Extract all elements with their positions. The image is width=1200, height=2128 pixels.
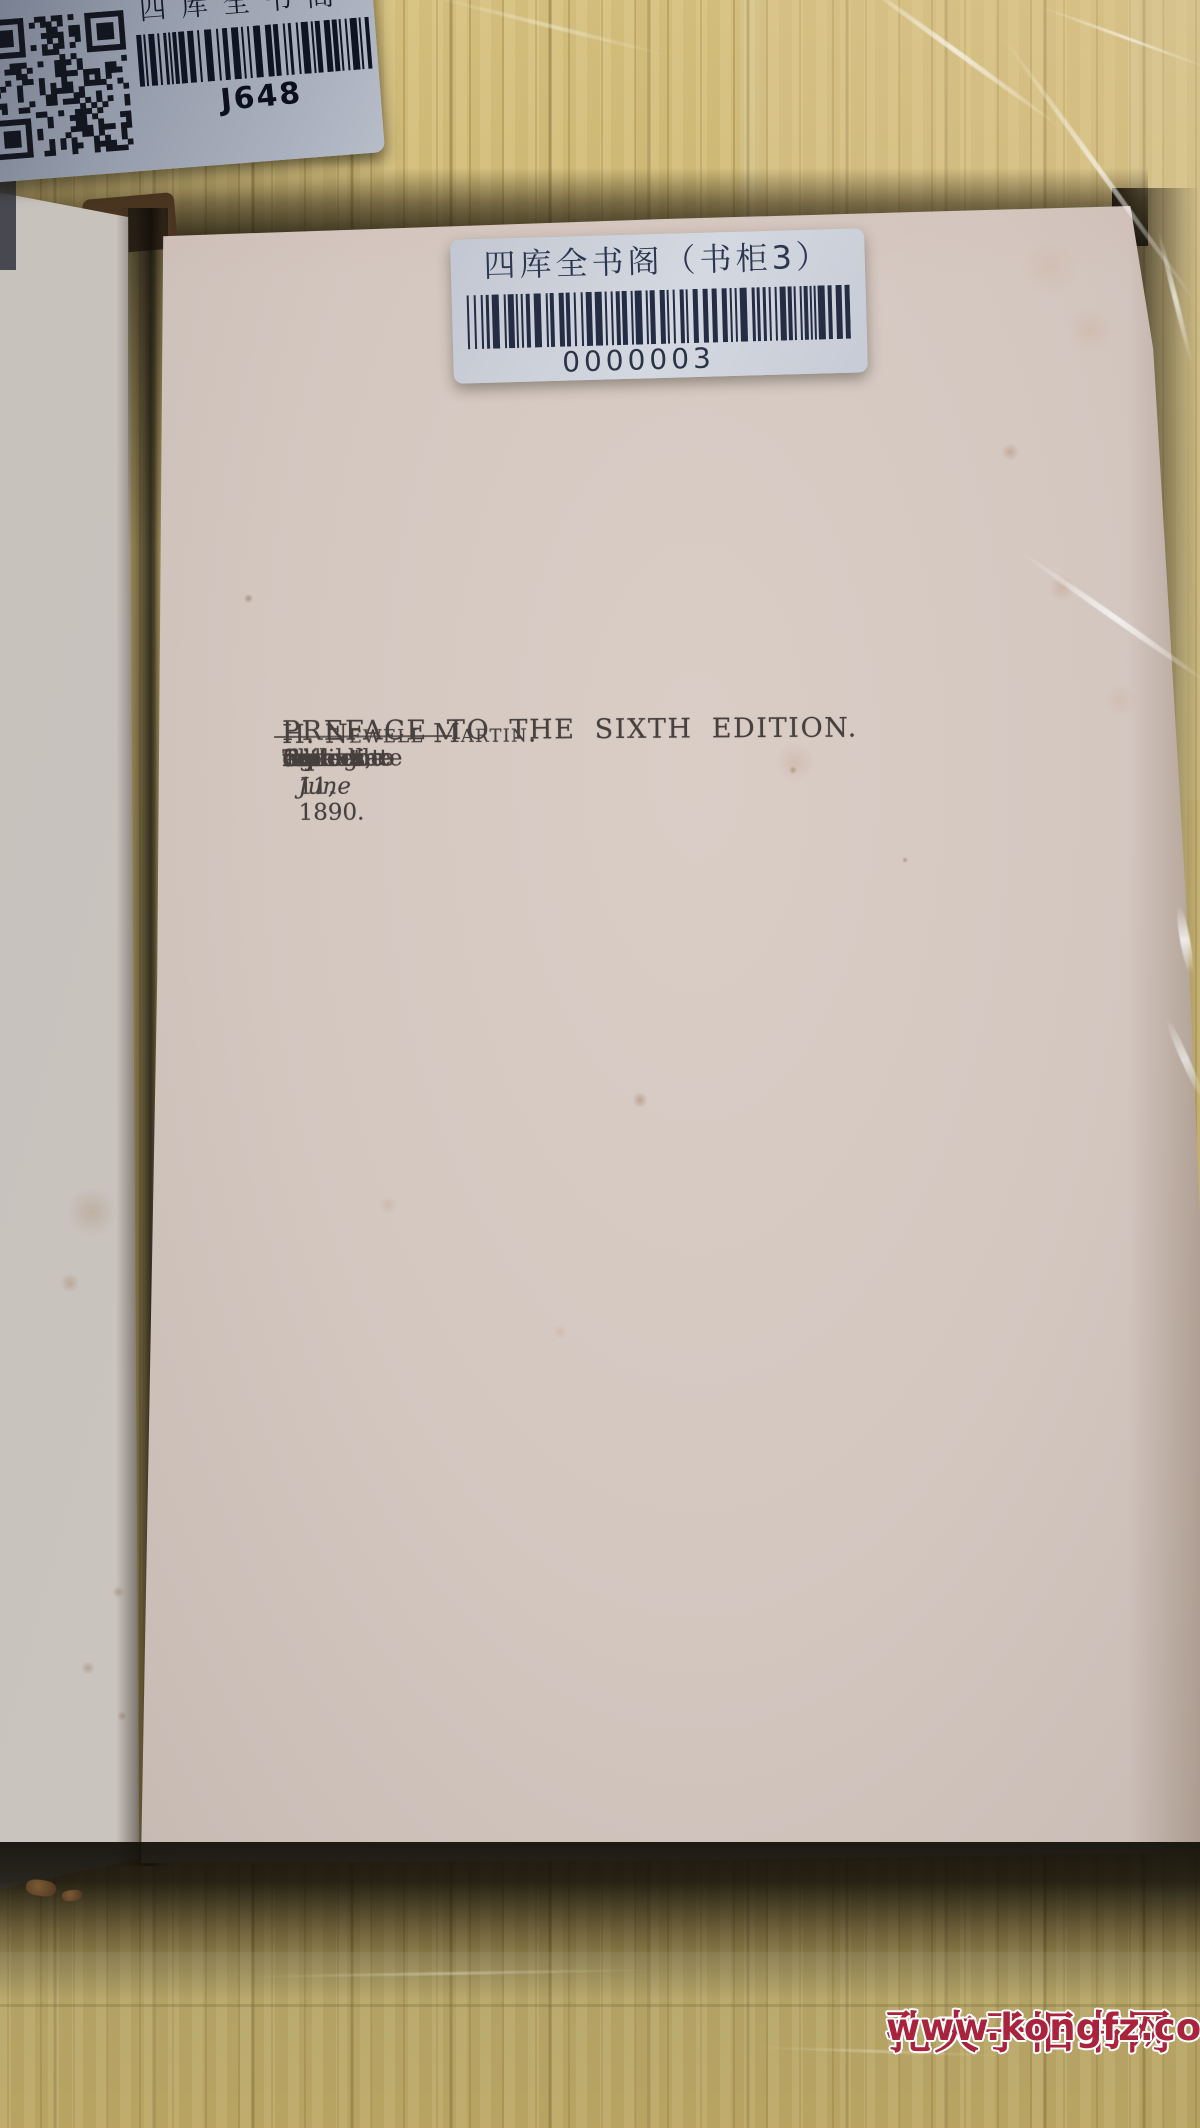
fox-stain	[553, 1325, 567, 1339]
corner-label-code: J648	[219, 76, 304, 119]
fox-stain	[379, 1196, 397, 1214]
fox-stain	[1020, 236, 1080, 296]
fox-stain	[775, 742, 815, 782]
barcode-icon	[135, 17, 374, 87]
book-page: 四库全书阁（书柜3） 0000003 PREFACE TO THE SIXTH …	[0, 0, 1200, 2128]
shelf-label-title: 四库全书阁（书柜3）	[450, 230, 865, 288]
fox-stain	[789, 766, 797, 774]
fox-stain	[244, 594, 253, 603]
book-photo: 四库全书阁（书柜3） 0000003 PREFACE TO THE SIXTH …	[0, 0, 1200, 2128]
fox-stain	[632, 1092, 648, 1108]
page-text: PREFACE TO THE SIXTH EDITION. This editi…	[282, 712, 1008, 716]
watermark-site-url: www.kongfz.com	[886, 2008, 1200, 2048]
shelf-barcode-label: 四库全书阁（书柜3） 0000003	[450, 228, 868, 384]
corner-barcode-label: 四库全书阁 J648	[0, 0, 385, 184]
qr-code-icon	[0, 10, 134, 161]
fox-stain	[902, 857, 908, 863]
author-signature: H. Newell Martin.	[282, 718, 559, 750]
fox-stain	[1104, 684, 1136, 716]
date-rest: 11, 1890.	[298, 773, 364, 825]
fox-stain	[1001, 443, 1019, 461]
fox-stain	[1068, 308, 1112, 352]
